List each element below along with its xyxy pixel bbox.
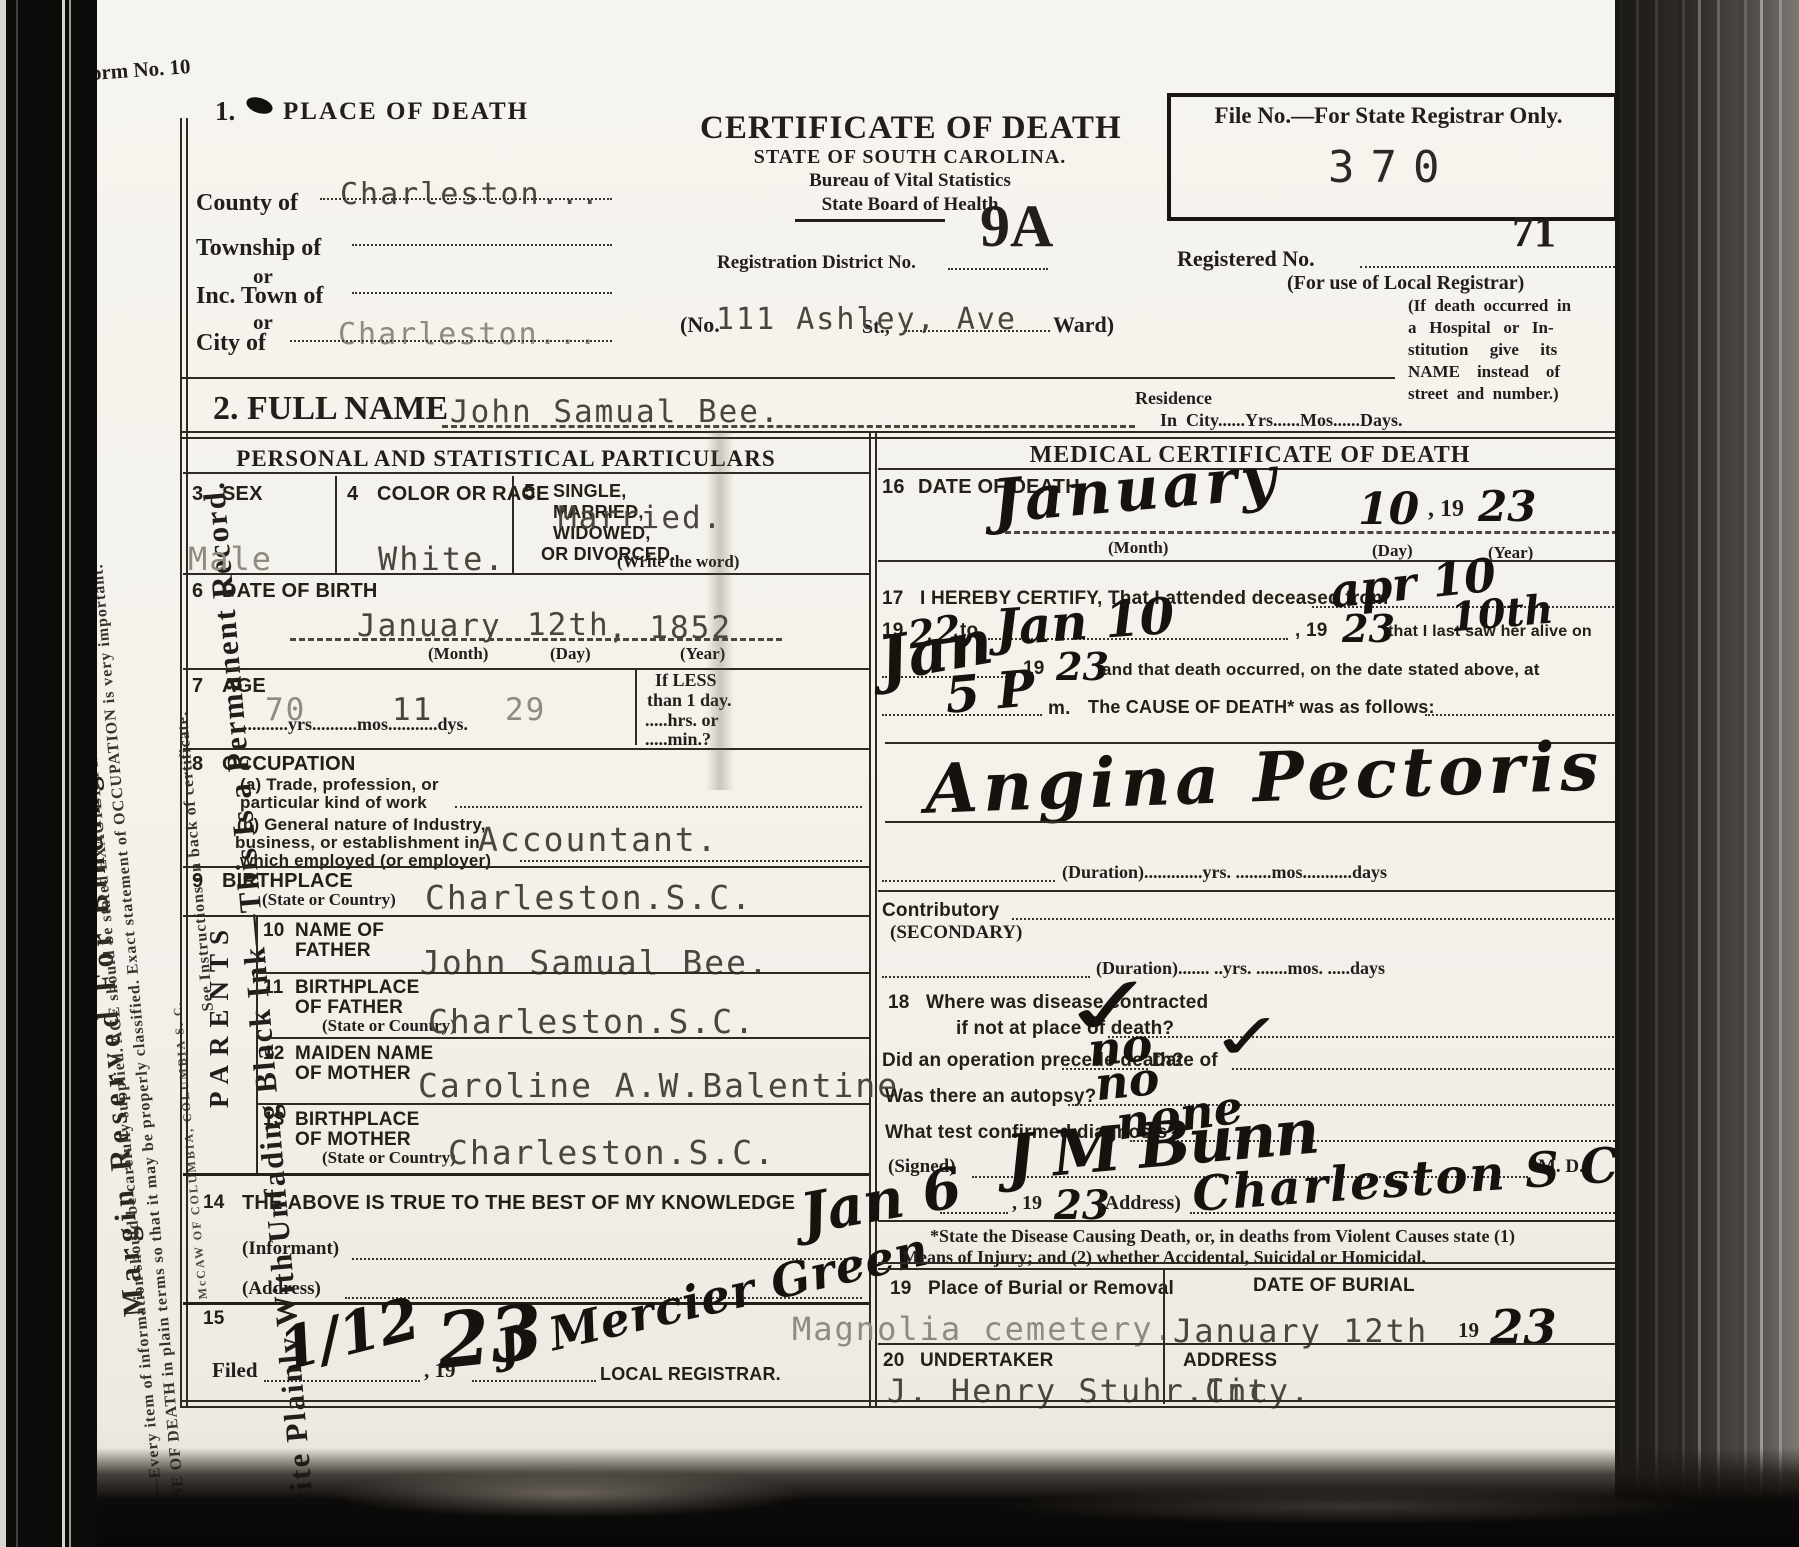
street-no-label: (No. <box>680 312 720 338</box>
city-label: City of <box>196 330 266 357</box>
rule-row12-bottom <box>256 1103 869 1105</box>
cause-of-death-label: The CAUSE OF DEATH* was as follows: <box>1088 697 1435 718</box>
occupation-label: OCCUPATION <box>222 753 355 776</box>
footnote-line1: *State the Disease Causing Death, or, in… <box>930 1226 1515 1247</box>
parents-label: PARENTS <box>204 921 235 1108</box>
rule-row10-bottom <box>256 972 869 974</box>
city-value: Charleston... <box>338 317 599 352</box>
undertaker-label: UNDERTAKER <box>920 1350 1054 1372</box>
age-label: AGE <box>222 675 266 698</box>
race-number: 4 <box>347 483 358 506</box>
marital-number: 5 <box>524 481 535 504</box>
occupation-b-line2: business, or establishment in <box>235 833 480 853</box>
undertaker-address-label: ADDRESS <box>1183 1350 1277 1372</box>
father-name-label1: NAME OF <box>295 920 384 942</box>
inc-town-leader <box>352 292 612 294</box>
mother-name-value: Caroline A.W.Balentine <box>418 1066 899 1105</box>
father-bp-number: 11 <box>263 977 284 999</box>
contributory-leader <box>1012 918 1618 920</box>
left-border-b <box>186 118 188 1406</box>
father-bp-label1: BIRTHPLACE <box>295 977 419 999</box>
contracted-leader <box>1108 1036 1618 1038</box>
personal-heading-rule <box>183 472 869 474</box>
occupation-value: Accountant. <box>478 820 719 859</box>
rule-row11-bottom <box>256 1037 869 1039</box>
rule-row6-bottom <box>183 668 869 670</box>
mother-bp-value: Charleston.S.C. <box>448 1133 776 1172</box>
certify-year-c-handwritten: 23 <box>1056 644 1109 689</box>
rule-top-double-a <box>180 431 1618 433</box>
fullname-label: 2. FULL NAME <box>213 390 448 428</box>
residence-label: Residence <box>1135 388 1212 409</box>
certify-year-b-handwritten: 23 <box>1342 606 1395 651</box>
hospital-note-line1: (If death occurred in <box>1408 296 1571 316</box>
burial-number: 19 <box>890 1278 912 1300</box>
rule-row5-bottom <box>183 573 869 575</box>
rule-dod-bottom <box>878 560 1618 562</box>
bureau-line: Bureau of Vital Statistics <box>700 170 1120 192</box>
mother-bp-label1: BIRTHPLACE <box>295 1109 419 1131</box>
age-units-line: ..........yrs..........mos...........dys… <box>243 714 468 735</box>
rule-top-double-b <box>180 437 1618 439</box>
hospital-note-line2: a Hospital or In- <box>1408 318 1554 338</box>
rule-bottom-double-b <box>180 1406 1618 1408</box>
township-label: Township of <box>196 235 321 262</box>
inc-town-label: Inc. Town of <box>196 283 323 310</box>
certificate-title: CERTIFICATE OF DEATH <box>700 110 1120 147</box>
local-registrar-label: LOCAL REGISTRAR. <box>600 1364 781 1385</box>
dod-day-handwritten: 10 <box>1358 484 1419 535</box>
age-number: 7 <box>192 675 203 698</box>
occupation-b-line3: which employed (or employer) <box>240 851 491 871</box>
township-leader <box>352 244 612 246</box>
dod-year-handwritten: 23 <box>1478 482 1536 531</box>
district-label: Registration District No. <box>717 252 916 274</box>
street-leader <box>905 330 1050 332</box>
dob-day-label: (Day) <box>550 644 591 664</box>
city-leader <box>290 340 612 342</box>
address14-label: (Address) <box>242 1278 321 1300</box>
duration1-line: (Duration).............yrs. ........mos.… <box>1062 862 1387 883</box>
age-less-divider <box>635 668 637 745</box>
scan-black-margin <box>6 0 97 1547</box>
parents-inner-divider <box>256 915 258 1175</box>
file-number-value: 370 <box>1328 142 1455 193</box>
signed-date-leader <box>940 1212 1008 1214</box>
signed-date-19: , 19 <box>1012 1192 1042 1215</box>
mother-name-label1: MAIDEN NAME <box>295 1043 433 1065</box>
father-name-number: 10 <box>263 920 285 942</box>
footnote-line2: Means of Injury; and (2) whether Acciden… <box>902 1247 1426 1268</box>
occupation-a-line2: particular kind of work <box>240 793 427 813</box>
board-line: State Board of Health <box>700 194 1120 216</box>
mother-bp-number: 13 <box>263 1109 285 1131</box>
contracted-number: 18 <box>888 992 910 1014</box>
contributory-label: Contributory <box>882 900 999 922</box>
sex-label: SEX <box>222 483 263 506</box>
marital-value: Married. <box>558 500 723 536</box>
binding-highlight-line1 <box>62 0 65 1547</box>
hospital-note-line3: stitution give its <box>1408 340 1557 360</box>
county-label: County of <box>196 190 298 217</box>
burial-date-19-printed: 19 <box>1458 1318 1479 1343</box>
rule-row9-bottom <box>183 915 869 917</box>
burial-label: Place of Burial or Removal <box>928 1278 1174 1300</box>
dob-label: DATE OF BIRTH <box>222 580 378 603</box>
operation-date-label: Date of <box>1152 1050 1218 1072</box>
birthplace-hint: (State or Country) <box>262 890 396 910</box>
death-certificate-scan: Margin Reserved For Binding. Write Plain… <box>0 0 1799 1547</box>
district-leader <box>948 268 1048 270</box>
birthplace-value: Charleston.S.C. <box>425 878 753 917</box>
scan-bottom-shadow <box>97 1448 1799 1547</box>
rule-footnote-double-a <box>878 1262 1618 1264</box>
residence-line: In City......Yrs......Mos......Days. <box>1160 410 1403 431</box>
rule-under-header <box>180 377 1395 379</box>
local-registrar-use-note: (For use of Local Registrar) <box>1287 272 1524 295</box>
dod-month-label: (Month) <box>1108 538 1168 558</box>
board-underline <box>795 219 945 222</box>
occupation-a-line1: (a) Trade, profession, or <box>240 775 439 795</box>
dod-number: 16 <box>882 476 905 499</box>
dod-underline <box>1005 531 1618 534</box>
state-line: STATE OF SOUTH CAROLINA. <box>700 146 1120 169</box>
dod-19-printed: , 19 <box>1428 496 1464 523</box>
signed-address-label: (Address) <box>1098 1192 1181 1215</box>
registered-no-label: Registered No. <box>1177 246 1315 272</box>
hospital-note-line4: NAME instead of <box>1408 362 1560 382</box>
county-value: Charleston... <box>340 177 601 212</box>
ward-label: Ward) <box>1053 312 1114 338</box>
occupation-number: 8 <box>192 753 203 776</box>
rule-row7-bottom <box>183 748 869 750</box>
marital-line1: SINGLE, <box>553 481 626 502</box>
death-time-handwritten: 5 P <box>943 658 1038 725</box>
secondary-label: (SECONDARY) <box>890 922 1022 944</box>
certify-19b: , 19 <box>1295 620 1328 642</box>
section1-number: 1. <box>215 96 235 127</box>
file-box-label: File No.—For State Registrar Only. <box>1175 103 1602 129</box>
sex-race-divider <box>335 476 337 573</box>
fullname-underline <box>442 425 1135 428</box>
cause-label-leader <box>1425 714 1618 716</box>
occupation-b-line1: (b) General nature of Industry, <box>237 815 486 835</box>
lastsaw-day-handwritten: 10th <box>1448 586 1555 642</box>
scan-right-edge-streaks <box>1615 0 1799 1547</box>
truth-label: THE ABOVE IS TRUE TO THE BEST OF MY KNOW… <box>242 1192 795 1215</box>
age-days-value: 29 <box>505 692 546 728</box>
burial-date-year-handwritten: 23 <box>1490 1300 1557 1356</box>
age-less-line4: .....min.? <box>645 729 711 750</box>
father-name-label2: FATHER <box>295 940 371 962</box>
rule-above-footnote <box>878 1220 1618 1222</box>
rule-burial-bottom <box>878 1343 1618 1345</box>
filed-label: Filed <box>212 1358 258 1383</box>
undertaker-address-value: City. <box>1205 1372 1311 1410</box>
registered-no-value: 71 <box>1512 206 1556 257</box>
father-bp-value: Charleston.S.C. <box>428 1002 756 1041</box>
race-marital-divider <box>512 476 514 573</box>
filed-number: 15 <box>203 1308 225 1330</box>
fold-shadow <box>706 430 734 790</box>
binding-highlight-line3 <box>16 0 18 1547</box>
occupation-b-leader <box>520 860 862 862</box>
duration1-leader <box>882 880 1055 882</box>
cause-rule-3 <box>878 890 1618 892</box>
rule-row13-bottom <box>183 1173 869 1176</box>
hospital-note-line5: street and number.) <box>1408 384 1559 404</box>
left-border-a <box>180 118 182 1406</box>
district-number-hand: 9A <box>980 192 1053 261</box>
autopsy-label: Was there an autopsy? <box>885 1086 1096 1108</box>
certify-occurred: and that death occurred, on the date sta… <box>1102 660 1540 680</box>
burial-date-label: DATE OF BURIAL <box>1253 1275 1415 1297</box>
rule-footnote-double-b <box>878 1268 1618 1270</box>
birthplace-number: 9 <box>192 870 203 893</box>
binding-highlight-line2 <box>69 0 71 1547</box>
undertaker-number: 20 <box>883 1350 905 1372</box>
mother-name-label2: OF MOTHER <box>295 1063 411 1085</box>
father-name-value: John Samual Bee. <box>420 943 770 982</box>
informant-label: (Informant) <box>242 1238 339 1260</box>
sex-number: 3 <box>192 483 203 506</box>
truth-number: 14 <box>203 1192 225 1214</box>
occupation-a-leader <box>455 806 862 808</box>
mother-bp-hint: (State or Country) <box>322 1148 456 1168</box>
county-leader <box>320 198 612 200</box>
registered-no-leader <box>1360 266 1615 268</box>
mother-name-number: 12 <box>263 1043 285 1065</box>
dob-number: 6 <box>192 580 203 603</box>
rule-bottom-double-a <box>180 1400 1618 1402</box>
section1-title: PLACE OF DEATH <box>283 98 529 126</box>
certify-number: 17 <box>882 588 904 610</box>
certify-m: m. <box>1048 698 1071 720</box>
rule-row8-bottom <box>183 866 869 868</box>
cause-rule-2 <box>885 821 1618 823</box>
operation-date-check: ✓ <box>1205 998 1290 1074</box>
dob-month-label: (Month) <box>428 644 488 664</box>
